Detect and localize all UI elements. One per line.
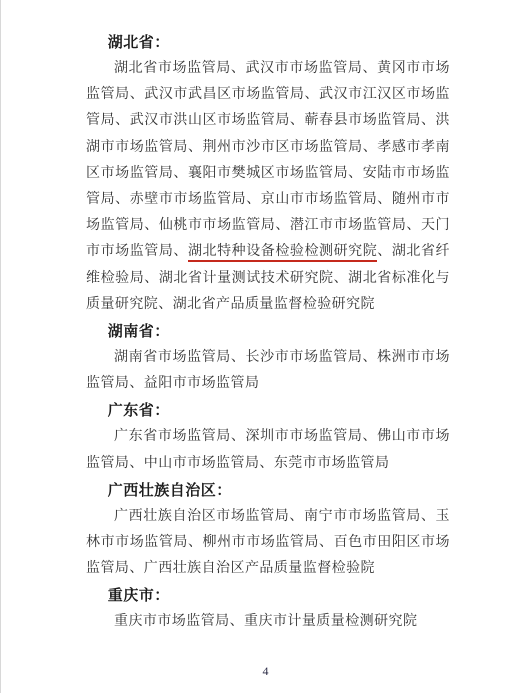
section-chongqing: 重庆市： 重庆市市场监管局、重庆市计量质量检测研究院	[86, 583, 450, 635]
section-heading-guangxi: 广西壮族自治区：	[86, 478, 450, 504]
section-guangxi: 广西壮族自治区： 广西壮族自治区市场监管局、南宁市市场监管局、玉林市市场监管局、…	[86, 478, 450, 583]
section-hunan: 湖南省： 湖南省市场监管局、长沙市市场监管局、株洲市市场监管局、益阳市市场监管局	[86, 319, 450, 397]
section-paragraph-hunan: 湖南省市场监管局、长沙市市场监管局、株洲市市场监管局、益阳市市场监管局	[86, 345, 450, 397]
paragraph-text: 广西壮族自治区市场监管局、南宁市市场监管局、玉林市市场监管局、柳州市市场监管局、…	[86, 509, 450, 576]
document-content: 湖北省： 湖北省市场监管局、武汉市市场监管局、黄冈市市场监管局、武汉市武昌区市场…	[86, 29, 450, 636]
document-page: 湖北省： 湖北省市场监管局、武汉市市场监管局、黄冈市市场监管局、武汉市武昌区市场…	[0, 0, 530, 693]
section-heading-chongqing: 重庆市：	[86, 583, 450, 609]
page-footer: 4	[1, 662, 530, 680]
section-heading-guangdong: 广东省：	[86, 398, 450, 424]
red-underlined-text: 湖北特种设备检验检测研究院	[188, 244, 377, 262]
section-heading-hunan: 湖南省：	[86, 319, 450, 345]
paragraph-text: 湖南省市场监管局、长沙市市场监管局、株洲市市场监管局、益阳市市场监管局	[86, 350, 450, 391]
section-heading-hubei: 湖北省：	[86, 30, 450, 56]
page-number: 4	[263, 664, 269, 678]
section-paragraph-hubei: 湖北省市场监管局、武汉市市场监管局、黄冈市市场监管局、武汉市武昌区市场监管局、武…	[86, 56, 450, 318]
section-paragraph-guangdong: 广东省市场监管局、深圳市市场监管局、佛山市市场监管局、中山市市场监管局、东莞市市…	[86, 424, 450, 476]
paragraph-text: 广东省市场监管局、深圳市市场监管局、佛山市市场监管局、中山市市场监管局、东莞市市…	[86, 429, 450, 470]
section-hubei: 湖北省： 湖北省市场监管局、武汉市市场监管局、黄冈市市场监管局、武汉市武昌区市场…	[86, 30, 450, 318]
section-guangdong: 广东省： 广东省市场监管局、深圳市市场监管局、佛山市市场监管局、中山市市场监管局…	[86, 398, 450, 476]
paragraph-text: 重庆市市场监管局、重庆市计量质量检测研究院	[114, 614, 417, 629]
section-paragraph-guangxi: 广西壮族自治区市场监管局、南宁市市场监管局、玉林市市场监管局、柳州市市场监管局、…	[86, 504, 450, 583]
paragraph-text: 湖北省市场监管局、武汉市市场监管局、黄冈市市场监管局、武汉市武昌区市场监管局、武…	[86, 61, 450, 259]
section-paragraph-chongqing: 重庆市市场监管局、重庆市计量质量检测研究院	[86, 609, 450, 635]
